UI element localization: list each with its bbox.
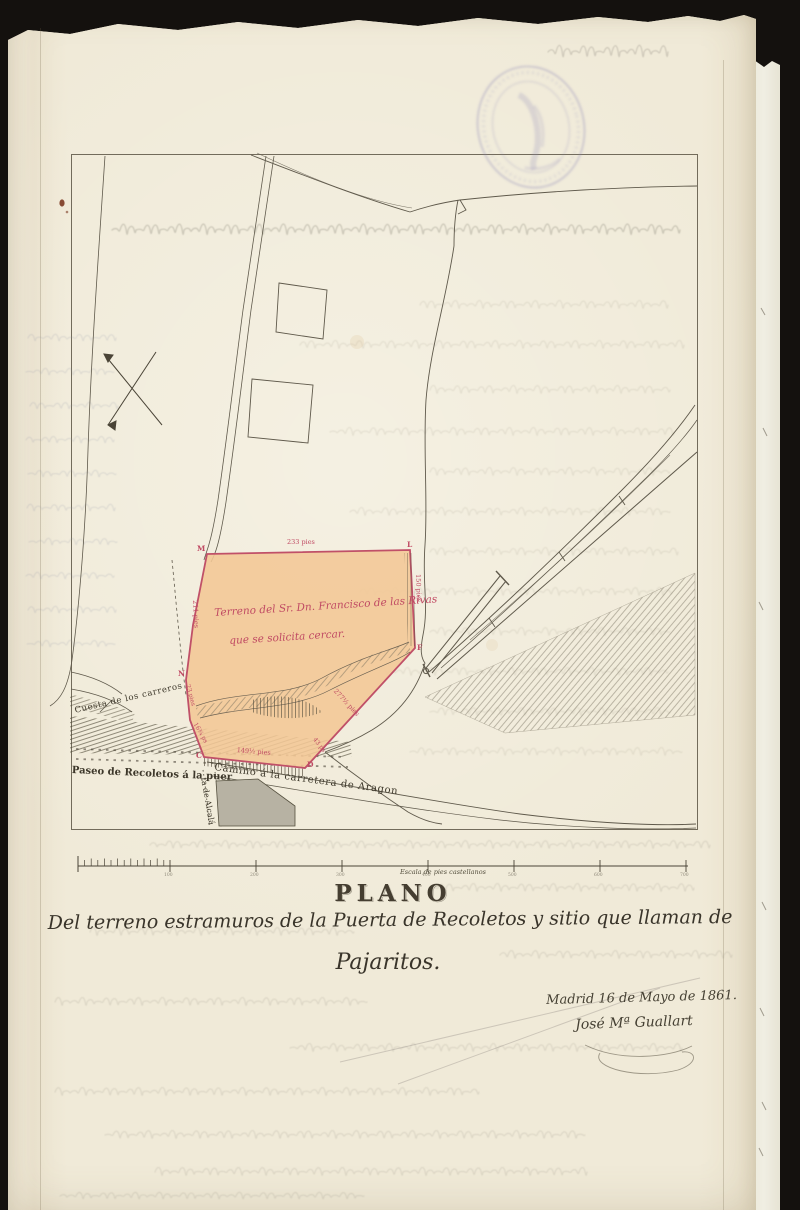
scanned-plan-document: Cuesta de los carreros Paseo de Recoleto…	[0, 0, 800, 1210]
corner-c: C	[196, 752, 202, 760]
scale-tick-label: 400	[422, 874, 431, 879]
scale-caption: Escala de pies castellanos	[400, 869, 486, 876]
building-outline	[276, 283, 327, 339]
hatched-triangle	[425, 573, 695, 733]
pencil-note	[548, 45, 668, 57]
corner-n: N	[178, 670, 185, 678]
ink-stamp	[465, 55, 597, 199]
measurement-right: 150 pies	[415, 574, 422, 602]
corner-l: L	[407, 541, 412, 549]
scale-tick-label: 700	[680, 874, 689, 879]
signature: José Mª Guallart	[575, 1014, 693, 1032]
edge-marks	[759, 308, 767, 1156]
scale-tick-label: 100	[164, 874, 173, 879]
measurement-left-upper: 211 pies	[192, 600, 200, 628]
scale-tick-label: 500	[508, 874, 517, 879]
measurement-top: 233 pies	[287, 539, 315, 546]
corner-m: M	[197, 545, 205, 553]
parcel-polygon	[186, 550, 416, 777]
building-outline	[248, 379, 313, 443]
corner-f: F	[417, 644, 422, 652]
scale-tick-label: 200	[250, 874, 259, 879]
scale-tick-label: 300	[336, 874, 345, 879]
page-title: PLANO	[334, 882, 451, 905]
building-filled	[216, 779, 295, 826]
scale-bar	[78, 856, 688, 872]
scale-tick-label: 600	[594, 874, 603, 879]
subtitle-line2: Pajaritos.	[336, 952, 441, 974]
corner-d: D	[307, 761, 314, 769]
